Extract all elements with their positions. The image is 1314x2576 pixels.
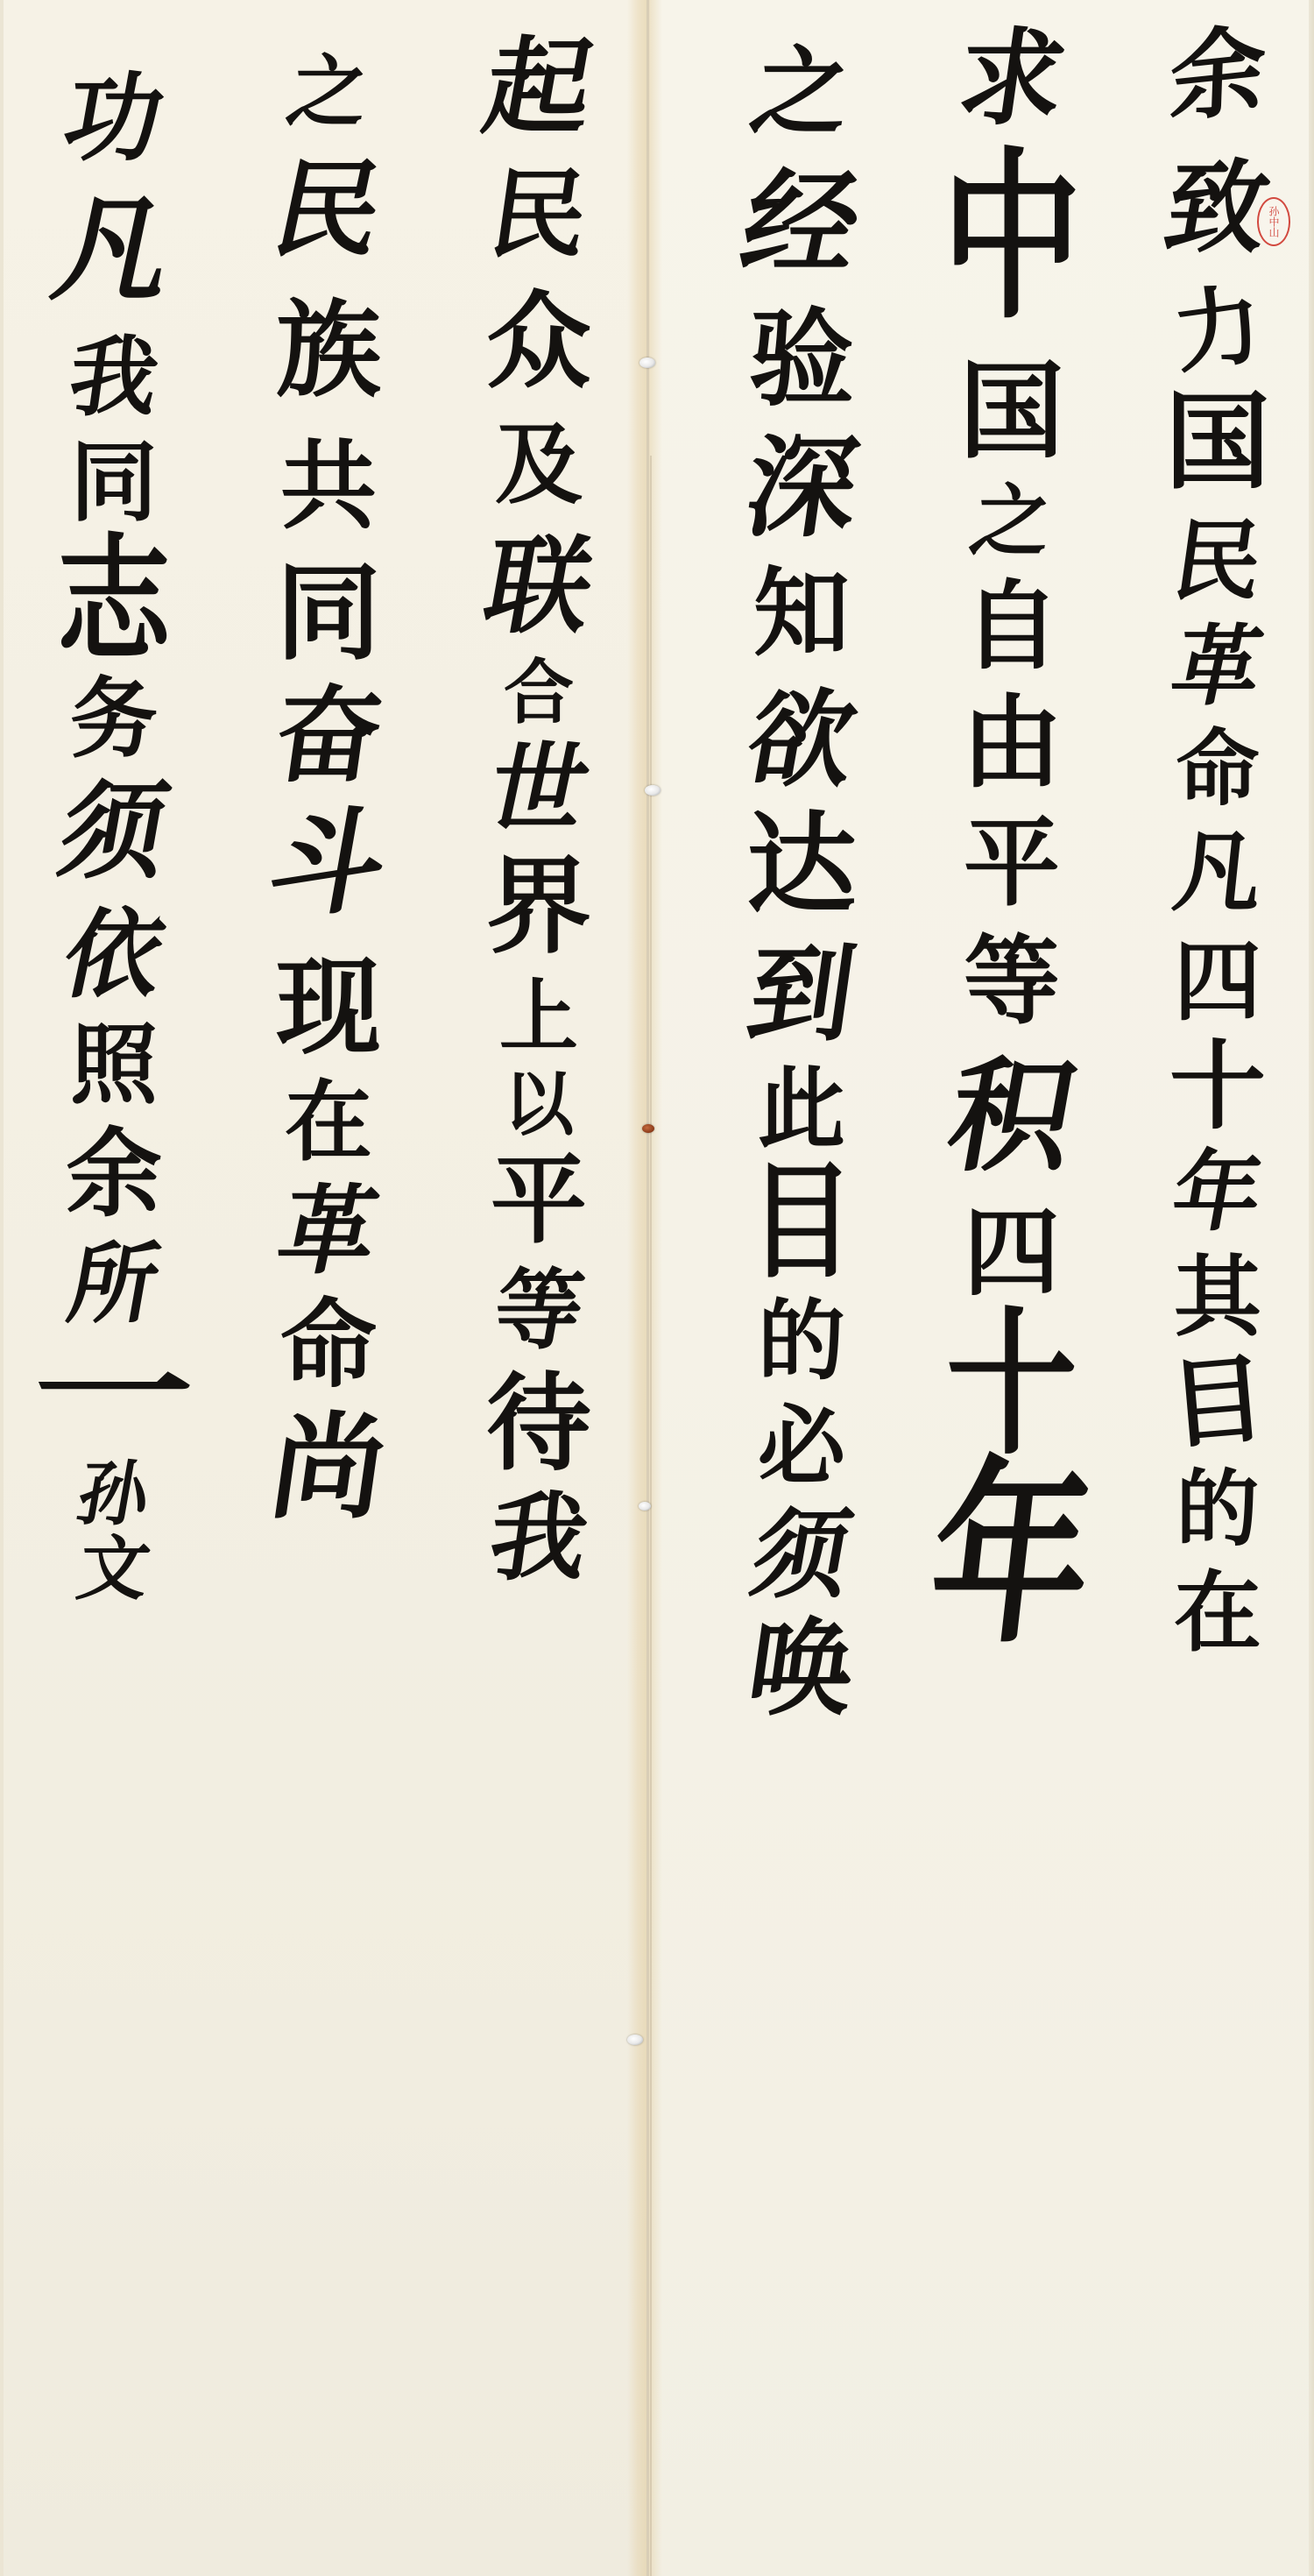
character: 照 xyxy=(70,1021,158,1108)
calligraphy-column-5: 之 民 族 共 同 奋 斗 现 在 革 命 尚 xyxy=(245,0,412,2576)
panel-seam-crease xyxy=(650,456,652,2576)
signature-character: 孙 xyxy=(73,1459,155,1529)
mounting-pin xyxy=(627,2035,643,2045)
panel-seam-line xyxy=(646,0,649,2576)
character: 由 xyxy=(961,692,1062,793)
character: 知 xyxy=(753,565,850,662)
character: 我 xyxy=(484,1490,593,1586)
character: 所 xyxy=(62,1240,166,1327)
panel-seam-stain xyxy=(627,0,662,2576)
character: 及 xyxy=(495,421,583,508)
character: 革 xyxy=(1164,622,1270,710)
character: 同 xyxy=(276,561,381,666)
character: 在 xyxy=(285,1078,372,1165)
mounting-pin xyxy=(645,785,661,796)
character: 以 xyxy=(504,1069,574,1139)
character: 命 xyxy=(1176,727,1259,810)
calligraphy-column-6: 功 凡 我 同 志 务 须 依 照 余 所 一 孙 文 xyxy=(26,0,201,2576)
character: 国 xyxy=(1165,390,1270,495)
character: 深 xyxy=(739,434,865,543)
character: 功 xyxy=(57,70,170,166)
character: 斗 xyxy=(262,806,396,920)
character: 达 xyxy=(747,810,857,920)
character: 验 xyxy=(749,307,854,412)
character: 四 xyxy=(1174,938,1261,1025)
calligraphy-column-1: 余 致 力 国 民 革 命 凡 四 十 年 其 目 的 在 xyxy=(1139,0,1296,2576)
character: 凡 xyxy=(1169,828,1267,916)
character: 国 xyxy=(959,359,1064,464)
character: 目 xyxy=(749,1159,854,1285)
character: 我 xyxy=(64,333,164,421)
calligraphy-column-3: 之 经 验 深 知 欲 达 到 此 目 的 必 须 唤 xyxy=(718,0,885,2576)
character: 现 xyxy=(276,955,381,1060)
character: 须 xyxy=(52,780,175,885)
character: 界 xyxy=(486,854,591,959)
character: 须 xyxy=(745,1507,858,1603)
character: 目 xyxy=(1165,1349,1269,1454)
character: 等 xyxy=(964,933,1060,1030)
character: 欲 xyxy=(739,688,863,793)
character: 中 xyxy=(942,145,1082,328)
character: 民 xyxy=(1168,517,1268,605)
character: 等 xyxy=(487,1266,590,1354)
character: 平 xyxy=(964,815,1060,911)
character: 到 xyxy=(742,942,862,1047)
mounting-pin-copper xyxy=(642,1124,654,1133)
character: 余 xyxy=(1168,21,1267,129)
character: 经 xyxy=(732,166,871,280)
character: 一 xyxy=(34,1336,194,1450)
character: 共 xyxy=(280,438,377,534)
character: 致 xyxy=(1158,158,1276,258)
character: 奋 xyxy=(269,683,389,789)
character: 民 xyxy=(265,158,392,263)
character: 余 xyxy=(66,1126,162,1222)
character: 尚 xyxy=(264,1411,393,1525)
character: 志 xyxy=(57,532,171,669)
right-panel-edge xyxy=(1309,0,1314,2576)
character: 之 xyxy=(965,482,1058,561)
character: 众 xyxy=(486,289,591,394)
character: 此 xyxy=(758,1065,845,1152)
character: 族 xyxy=(276,298,381,403)
character: 命 xyxy=(280,1297,377,1393)
character: 唤 xyxy=(742,1617,862,1722)
character: 其 xyxy=(1174,1253,1261,1341)
character: 务 xyxy=(70,675,158,762)
character: 必 xyxy=(758,1402,845,1490)
character: 待 xyxy=(486,1371,591,1476)
calligraphy-column-2: 求 中 国 之 自 由 平 等 积 四 十 年 xyxy=(929,0,1095,2576)
character: 的 xyxy=(758,1297,845,1384)
character: 之 xyxy=(745,44,858,140)
character: 合 xyxy=(504,657,574,727)
character: 自 xyxy=(964,578,1060,675)
mounting-pin xyxy=(639,1502,651,1511)
character: 世 xyxy=(480,740,597,837)
character: 力 xyxy=(1169,280,1268,379)
character: 之 xyxy=(282,53,375,131)
character: 平 xyxy=(491,1152,587,1249)
character: 四 xyxy=(964,1205,1060,1301)
signature-character: 文 xyxy=(73,1533,155,1603)
character: 求 xyxy=(952,26,1072,131)
character: 联 xyxy=(477,534,600,640)
character: 年 xyxy=(1166,1148,1269,1235)
character: 在 xyxy=(1174,1568,1261,1656)
mounting-pin xyxy=(639,357,655,368)
character: 起 xyxy=(477,35,600,140)
character: 革 xyxy=(270,1183,386,1279)
left-panel-edge xyxy=(0,0,4,2576)
character: 积 xyxy=(940,1056,1084,1178)
calligraphy-column-4: 起 民 众 及 联 合 世 界 上 以 平 等 待 我 xyxy=(456,0,622,2576)
character: 民 xyxy=(484,166,593,263)
character: 上 xyxy=(499,977,578,1056)
character: 同 xyxy=(70,438,158,526)
character: 凡 xyxy=(45,193,183,307)
character: 十 xyxy=(1169,1038,1266,1135)
character: 年 xyxy=(922,1457,1101,1654)
character: 的 xyxy=(1176,1468,1259,1551)
calligraphy-scroll: 孙中山 余 致 力 国 民 革 命 凡 四 十 年 其 目 的 在 求 中 国 … xyxy=(0,0,1314,2576)
character: 依 xyxy=(55,907,172,1003)
